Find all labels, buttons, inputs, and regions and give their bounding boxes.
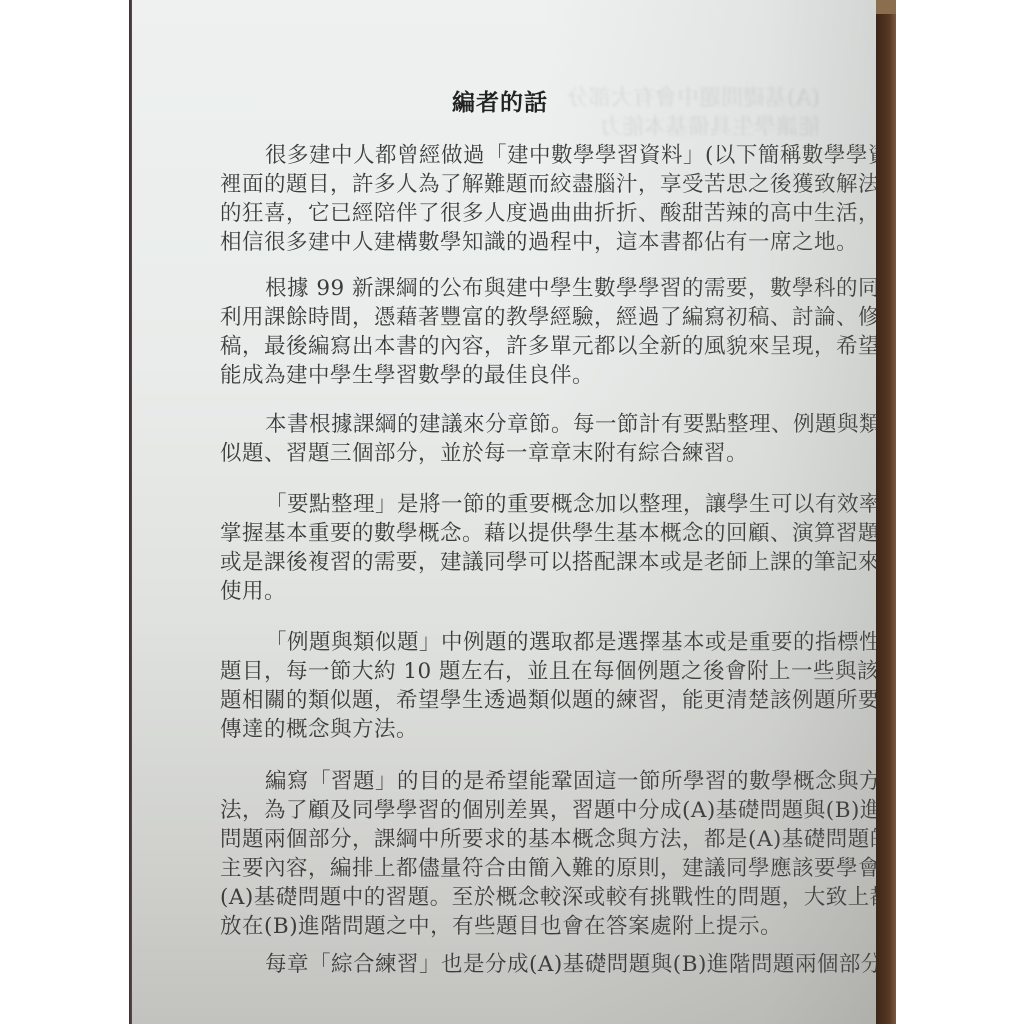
paragraph-line: 法，為了顧及同學學習的個別差異，習題中分成(A)基礎問題與(B)進階 xyxy=(220,796,810,825)
paragraph-4: 「要點整理」是將一節的重要概念加以整理，讓學生可以有效率 掌握基本重要的數學概念… xyxy=(220,490,810,606)
paragraph-line: 編寫「習題」的目的是希望能鞏固這一節所學習的數學概念與方 xyxy=(220,767,810,796)
wooden-surface-edge xyxy=(876,0,896,1024)
paragraph-line: 很多建中人都曾經做過「建中數學學習資料」(以下簡稱數學學資) xyxy=(220,141,810,170)
paragraph-7: 每章「綜合練習」也是分成(A)基礎問題與(B)進階問題兩個部分， xyxy=(220,950,810,979)
paragraph-line: 的狂喜，它已經陪伴了很多人度過曲曲折折、酸甜苦辣的高中生活， xyxy=(220,199,810,228)
paragraph-line: 放在(B)進階問題之中，有些題目也會在答案處附上提示。 xyxy=(220,912,810,941)
showthrough-line: 能讓學生具備基本能力 xyxy=(220,113,820,142)
paragraph-1: 很多建中人都曾經做過「建中數學學習資料」(以下簡稱數學學資) 裡面的題目，許多人… xyxy=(220,141,810,257)
paragraph-line: (A)基礎問題中的習題。至於概念較深或較有挑戰性的問題，大致上都 xyxy=(220,883,810,912)
paragraph-line: 稿，最後編寫出本書的內容，許多單元都以全新的風貌來呈現，希望 xyxy=(220,332,810,361)
paragraph-line: 「例題與類似題」中例題的選取都是選擇基本或是重要的指標性 xyxy=(220,628,810,657)
paragraph-6: 編寫「習題」的目的是希望能鞏固這一節所學習的數學概念與方 法，為了顧及同學學習的… xyxy=(220,767,810,941)
paragraph-line: 裡面的題目，許多人為了解難題而絞盡腦汁，享受苦思之後獲致解法 xyxy=(220,170,810,199)
paragraph-line: 能成為建中學生學習數學的最佳良伴。 xyxy=(220,361,810,390)
paragraph-line: 使用。 xyxy=(220,577,810,606)
paragraph-line: 題相關的類似題，希望學生透過類似題的練習，能更清楚該例題所要 xyxy=(220,686,810,715)
book-page: (A)基礎問題中會有大部分 能讓學生具備基本能力 編者的話 很多建中人都曾經做過… xyxy=(132,0,876,1024)
paragraph-line: 掌握基本重要的數學概念。藉以提供學生基本概念的回顧、演算習題 xyxy=(220,519,810,548)
page-title: 編者的話 xyxy=(452,84,548,117)
paragraph-line: 根據 99 新課綱的公布與建中學生數學學習的需要，數學科的同仁 xyxy=(220,274,810,303)
background-left xyxy=(0,0,129,1024)
paragraph-5: 「例題與類似題」中例題的選取都是選擇基本或是重要的指標性 題目，每一節大約 10… xyxy=(220,628,810,744)
paragraph-line: 傳達的概念與方法。 xyxy=(220,715,810,744)
paragraph-line: 本書根據課綱的建議來分章節。每一節計有要點整理、例題與類 xyxy=(220,410,810,439)
paragraph-line: 相信很多建中人建構數學知識的過程中，這本書都佔有一席之地。 xyxy=(220,228,810,257)
paragraph-2: 根據 99 新課綱的公布與建中學生數學學習的需要，數學科的同仁 利用課餘時間，憑… xyxy=(220,274,810,390)
paragraph-line: 主要內容，編排上都儘量符合由簡入難的原則，建議同學應該要學會 xyxy=(220,854,810,883)
paragraph-line: 似題、習題三個部分，並於每一章章末附有綜合練習。 xyxy=(220,439,810,468)
paragraph-line: 問題兩個部分，課綱中所要求的基本概念與方法，都是(A)基礎問題的 xyxy=(220,825,810,854)
paragraph-line: 利用課餘時間，憑藉著豐富的教學經驗，經過了編寫初稿、討論、修 xyxy=(220,303,810,332)
background-right xyxy=(896,0,1024,1024)
paragraph-line: 「要點整理」是將一節的重要概念加以整理，讓學生可以有效率 xyxy=(220,490,810,519)
paragraph-line: 每章「綜合練習」也是分成(A)基礎問題與(B)進階問題兩個部分， xyxy=(220,950,810,979)
paragraph-3: 本書根據課綱的建議來分章節。每一節計有要點整理、例題與類 似題、習題三個部分，並… xyxy=(220,410,810,468)
paragraph-line: 題目，每一節大約 10 題左右，並且在每個例題之後會附上一些與該例 xyxy=(220,657,810,686)
paragraph-line: 或是課後複習的需要，建議同學可以搭配課本或是老師上課的筆記來 xyxy=(220,548,810,577)
